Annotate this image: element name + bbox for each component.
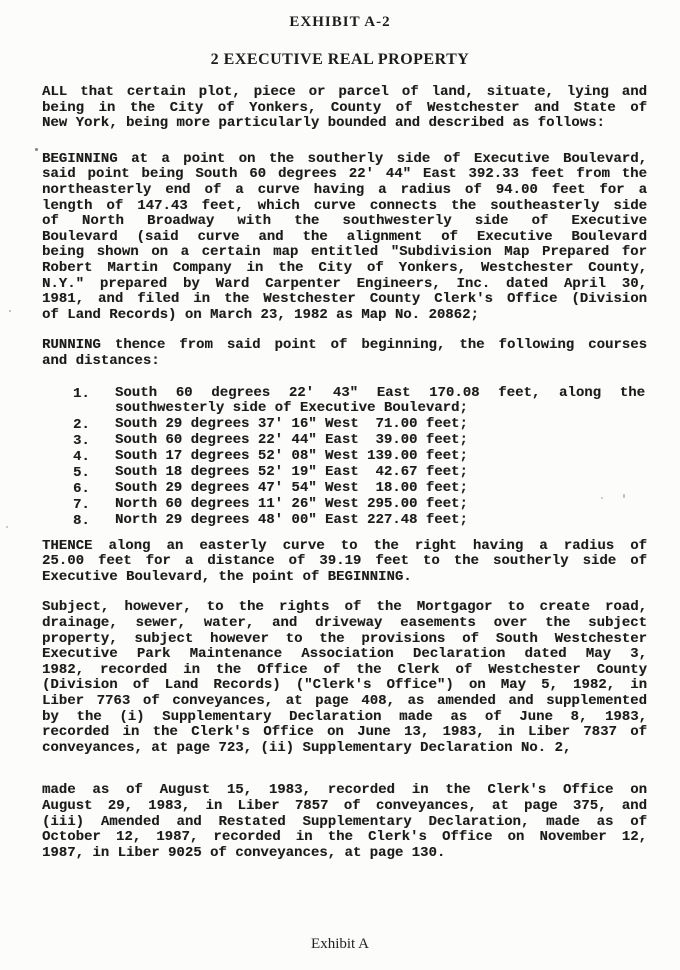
text-line: northeasterly end of a curve having a ra… (42, 183, 647, 199)
scan-artifact (6, 526, 8, 528)
course-item: 4.South 17 degrees 52' 08" West 139.00 f… (42, 449, 647, 465)
course-description: South 18 degrees 52' 19" East 42.67 feet… (115, 465, 645, 481)
text-line: of Land Records) on March 23, 1982 as Ma… (42, 308, 647, 324)
text-line: Boulevard (said curve and the alignment … (42, 230, 647, 246)
page-footer-label: Exhibit A (0, 936, 680, 953)
course-number: 3. (73, 433, 115, 449)
text-line: N.Y." prepared by Ward Carpenter Enginee… (42, 277, 647, 293)
text-line: Executive Park Maintenance Association D… (42, 647, 647, 663)
text-line: being shown on a certain map entitled "S… (42, 245, 647, 261)
course-number: 8. (73, 513, 115, 529)
text-line: southwesterly side of Executive Boulevar… (115, 401, 645, 417)
text-line: New York, being more particularly bounde… (42, 116, 647, 132)
scan-artifact (623, 494, 625, 498)
paragraph-thence: THENCE along an easterly curve to the ri… (42, 539, 647, 586)
course-item: 1.South 60 degrees 22' 43" East 170.08 f… (42, 386, 647, 417)
courses-and-distances-list: 1.South 60 degrees 22' 43" East 170.08 f… (42, 386, 647, 529)
course-number: 4. (73, 449, 115, 465)
text-line: October 12, 1987, recorded in the Clerk'… (42, 830, 647, 846)
course-item: 8.North 29 degrees 48' 00" East 227.48 f… (42, 513, 647, 529)
course-description: South 60 degrees 22' 43" East 170.08 fee… (115, 386, 645, 417)
course-description: South 17 degrees 52' 08" West 139.00 fee… (115, 449, 645, 465)
text-line: made as of August 15, 1983, recorded in … (42, 783, 647, 799)
text-line: Executive Boulevard, the point of BEGINN… (42, 570, 647, 586)
text-line: length of 147.43 feet, which curve conne… (42, 199, 647, 215)
text-line: conveyances, at page 723, (ii) Supplemen… (42, 741, 647, 757)
course-number: 2. (73, 417, 115, 433)
document-page: EXHIBIT A-2 2 EXECUTIVE REAL PROPERTY AL… (0, 0, 680, 970)
text-line: South 18 degrees 52' 19" East 42.67 feet… (115, 465, 645, 481)
scan-artifact (9, 310, 11, 312)
scan-artifact (35, 148, 38, 151)
course-number: 5. (73, 465, 115, 481)
course-item: 2.South 29 degrees 37' 16" West 71.00 fe… (42, 417, 647, 433)
text-line: (Division of Land Records) ("Clerk's Off… (42, 678, 647, 694)
text-line: Subject, however, to the rights of the M… (42, 600, 647, 616)
text-line: BEGINNING at a point on the southerly si… (42, 152, 647, 168)
text-line: South 29 degrees 47' 54" West 18.00 feet… (115, 481, 645, 497)
paragraph-intro: ALL that certain plot, piece or parcel o… (42, 85, 647, 132)
text-line: Robert Martin Company in the City of Yon… (42, 261, 647, 277)
text-line: South 60 degrees 22' 44" East 39.00 feet… (115, 433, 645, 449)
paragraph-beginning: BEGINNING at a point on the southerly si… (42, 152, 647, 324)
course-item: 7.North 60 degrees 11' 26" West 295.00 f… (42, 497, 647, 513)
text-line: said point being South 60 degrees 22' 44… (42, 167, 647, 183)
text-line: Liber 7763 of conveyances, at page 408, … (42, 694, 647, 710)
paragraph-subject: Subject, however, to the rights of the M… (42, 600, 647, 756)
course-description: South 29 degrees 37' 16" West 71.00 feet… (115, 417, 645, 433)
text-line: South 29 degrees 37' 16" West 71.00 feet… (115, 417, 645, 433)
text-line: 1982, recorded in the Office of the Cler… (42, 663, 647, 679)
text-line: South 17 degrees 52' 08" West 139.00 fee… (115, 449, 645, 465)
text-line: property, subject however to the provisi… (42, 632, 647, 648)
paragraph-running: RUNNING thence from said point of beginn… (42, 338, 647, 369)
text-line: South 60 degrees 22' 43" East 170.08 fee… (115, 386, 645, 402)
paragraphs-top: ALL that certain plot, piece or parcel o… (42, 85, 647, 370)
course-number: 6. (73, 481, 115, 497)
scan-artifact (601, 497, 603, 499)
course-number: 7. (73, 497, 115, 513)
text-line: 25.00 feet for a distance of 39.19 feet … (42, 554, 647, 570)
text-line: recorded in the Clerk's Office on June 1… (42, 725, 647, 741)
text-line: THENCE along an easterly curve to the ri… (42, 539, 647, 555)
course-item: 5.South 18 degrees 52' 19" East 42.67 fe… (42, 465, 647, 481)
course-item: 6.South 29 degrees 47' 54" West 18.00 fe… (42, 481, 647, 497)
course-description: South 29 degrees 47' 54" West 18.00 feet… (115, 481, 645, 497)
course-number: 1. (73, 386, 115, 417)
text-line: North 60 degrees 11' 26" West 295.00 fee… (115, 497, 645, 513)
course-description: North 60 degrees 11' 26" West 295.00 fee… (115, 497, 645, 513)
paragraphs-bottom: THENCE along an easterly curve to the ri… (42, 539, 647, 862)
scan-artifact (426, 259, 428, 261)
course-item: 3.South 60 degrees 22' 44" East 39.00 fe… (42, 433, 647, 449)
text-line: by the (i) Supplementary Declaration mad… (42, 710, 647, 726)
text-line: RUNNING thence from said point of beginn… (42, 338, 647, 354)
text-line: North 29 degrees 48' 00" East 227.48 fee… (115, 513, 645, 529)
text-line: August 29, 1983, in Liber 7857 of convey… (42, 799, 647, 815)
text-line: of North Broadway with the southwesterly… (42, 214, 647, 230)
text-line: being in the City of Yonkers, County of … (42, 101, 647, 117)
course-description: South 60 degrees 22' 44" East 39.00 feet… (115, 433, 645, 449)
exhibit-heading: EXHIBIT A-2 (0, 0, 680, 30)
course-description: North 29 degrees 48' 00" East 227.48 fee… (115, 513, 645, 529)
text-line: ALL that certain plot, piece or parcel o… (42, 85, 647, 101)
text-line: 1981, and filed in the Westchester Count… (42, 292, 647, 308)
text-line: (iii) Amended and Restated Supplementary… (42, 815, 647, 831)
text-line: drainage, sewer, water, and driveway eas… (42, 616, 647, 632)
text-line: and distances: (42, 354, 647, 370)
document-body: ALL that certain plot, piece or parcel o… (42, 85, 647, 861)
text-line: 1987, in Liber 9025 of conveyances, at p… (42, 846, 647, 862)
paragraph-closing: made as of August 15, 1983, recorded in … (42, 783, 647, 861)
property-heading: 2 EXECUTIVE REAL PROPERTY (0, 51, 680, 69)
